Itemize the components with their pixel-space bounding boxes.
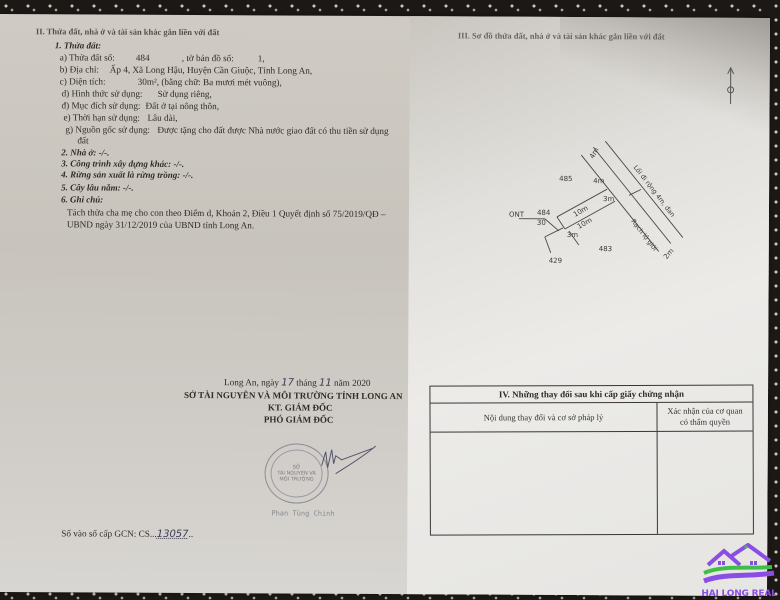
month-label: tháng bbox=[296, 378, 316, 388]
area-value: 30m², (bằng chữ: Ba mươi mét vuông), bbox=[138, 77, 282, 88]
purpose-value: Đất ở tại nông thôn, bbox=[145, 101, 219, 111]
stamp-line1: SỞ bbox=[293, 465, 301, 471]
dim-4m-a: 4m bbox=[593, 177, 604, 185]
dim-4m-top: 4m bbox=[588, 146, 601, 160]
usage-form-label: d) Hình thức sử dụng: bbox=[62, 88, 143, 98]
col-authority-confirm: Xác nhận của cơ quan có thẩm quyền bbox=[657, 403, 752, 431]
map-sheet-label: , tờ bản đồ số: bbox=[182, 53, 234, 63]
section-ii-title: II. Thửa đất, nhà ở và tài sản khác gắn … bbox=[36, 26, 220, 37]
parcel-number-value: 484 bbox=[136, 53, 150, 63]
area-label: c) Diện tích: bbox=[60, 76, 106, 86]
hai-long-real-logo: HAI LONG REAL bbox=[700, 543, 778, 599]
date-month: 11 bbox=[319, 378, 332, 389]
changes-table-header: Nội dung thay đổi và cơ sở pháp lý Xác n… bbox=[430, 403, 752, 433]
dim-3m-b: 3m bbox=[567, 231, 578, 239]
item2-house: 2. Nhà ở: -/-. bbox=[61, 147, 109, 157]
stamp-line2: TÀI NGUYÊN VÀ bbox=[277, 470, 316, 476]
purpose-label: đ) Mục đích sử dụng: bbox=[61, 100, 140, 110]
signing-date: Long An, ngày 17 tháng 11 năm 2020 bbox=[224, 377, 371, 389]
usage-form-value: Sử dụng riêng, bbox=[158, 89, 212, 99]
item6-notes-heading: 6. Ghi chú: bbox=[61, 194, 103, 204]
origin-value-line2: đất bbox=[77, 135, 88, 145]
map-sheet-value: 1, bbox=[258, 53, 265, 63]
signer-role-1: KT. GIÁM ĐỐC bbox=[268, 402, 333, 412]
registry-number: Số vào sổ cấp GCN: CS...13057.. bbox=[61, 528, 193, 540]
notes-line2: UBND ngày 31/12/2019 của UBND tỉnh Long … bbox=[67, 219, 254, 230]
term-label: e) Thời hạn sử dụng: bbox=[63, 112, 140, 122]
signer-role-2: PHÓ GIÁM ĐỐC bbox=[264, 414, 334, 424]
parcel-id: 484 bbox=[537, 209, 551, 217]
changes-table-title: IV. Những thay đổi sau khi cấp giấy chứn… bbox=[430, 386, 752, 404]
table-column-divider bbox=[657, 431, 658, 534]
item4-production-forest: 4. Rừng sản xuất là rừng trồng: -/-. bbox=[61, 169, 193, 180]
origin-label: g) Nguồn gốc sử dụng: bbox=[65, 124, 150, 134]
year-label: năm 2020 bbox=[334, 378, 371, 388]
dim-10m-b: 10m bbox=[576, 216, 594, 231]
registry-value: 13057 bbox=[157, 529, 189, 540]
stamp-line3: MÔI TRƯỜNG bbox=[279, 476, 313, 482]
term-value: Lâu dài, bbox=[147, 113, 177, 123]
parcel-number-label: a) Thửa đất số: bbox=[60, 52, 115, 62]
house-logo-icon bbox=[700, 543, 778, 587]
notes-line1: Tách thửa cha mẹ cho con theo Điểm d, Kh… bbox=[67, 207, 386, 219]
brand-name: HAI LONG REAL bbox=[700, 589, 778, 599]
col2-line1: Xác nhận của cơ quan bbox=[657, 406, 752, 417]
svg-text:ONT: ONT bbox=[509, 211, 525, 219]
parcel-area: 30 bbox=[537, 219, 546, 227]
signer-name: Phan Tùng Chinh bbox=[271, 509, 334, 517]
registry-label: Số vào sổ cấp GCN: CS bbox=[61, 528, 150, 538]
signature-icon bbox=[318, 444, 378, 484]
section-iii-title: III. Sơ đồ thửa đất, nhà ở và tài sản kh… bbox=[458, 30, 665, 41]
certificate-paper: II. Thửa đất, nhà ở và tài sản khác gắn … bbox=[0, 14, 770, 596]
item5-perennial-trees: 5. Cây lâu năm: -/-. bbox=[61, 182, 134, 192]
neighbor-485: 485 bbox=[559, 175, 572, 183]
origin-value-line1: Được tặng cho đất được Nhà nước giao đất… bbox=[157, 125, 388, 136]
neighbor-429: 429 bbox=[549, 257, 562, 265]
dim-2m: 2m bbox=[662, 247, 676, 261]
date-prefix: Long An, ngày bbox=[224, 377, 279, 387]
registry-suffix: .. bbox=[189, 529, 194, 539]
dim-3m-a: 3m bbox=[603, 195, 614, 203]
neighbor-483: 483 bbox=[599, 245, 612, 253]
north-arrow-icon bbox=[726, 66, 736, 106]
parcel-diagram: ONT 484 30 485 429 483 4m 3m 3m 2m 4m 10… bbox=[499, 133, 700, 274]
col-change-content: Nội dung thay đổi và cơ sở pháp lý bbox=[430, 403, 657, 432]
changes-table: IV. Những thay đổi sau khi cấp giấy chứn… bbox=[429, 385, 754, 536]
address-label: b) Địa chỉ: bbox=[60, 64, 99, 74]
col2-line2: có thẩm quyền bbox=[658, 417, 753, 428]
issuing-agency: SỞ TÀI NGUYÊN VÀ MÔI TRƯỜNG TỈNH LONG AN bbox=[184, 390, 403, 401]
address-value: Ấp 4, Xã Long Hậu, Huyện Cần Giuộc, Tỉnh… bbox=[110, 65, 313, 76]
item3-other-construction: 3. Công trình xây dựng khác: -/-. bbox=[61, 158, 184, 169]
date-day: 17 bbox=[281, 377, 294, 388]
item1-heading: 1. Thửa đất: bbox=[55, 40, 101, 50]
